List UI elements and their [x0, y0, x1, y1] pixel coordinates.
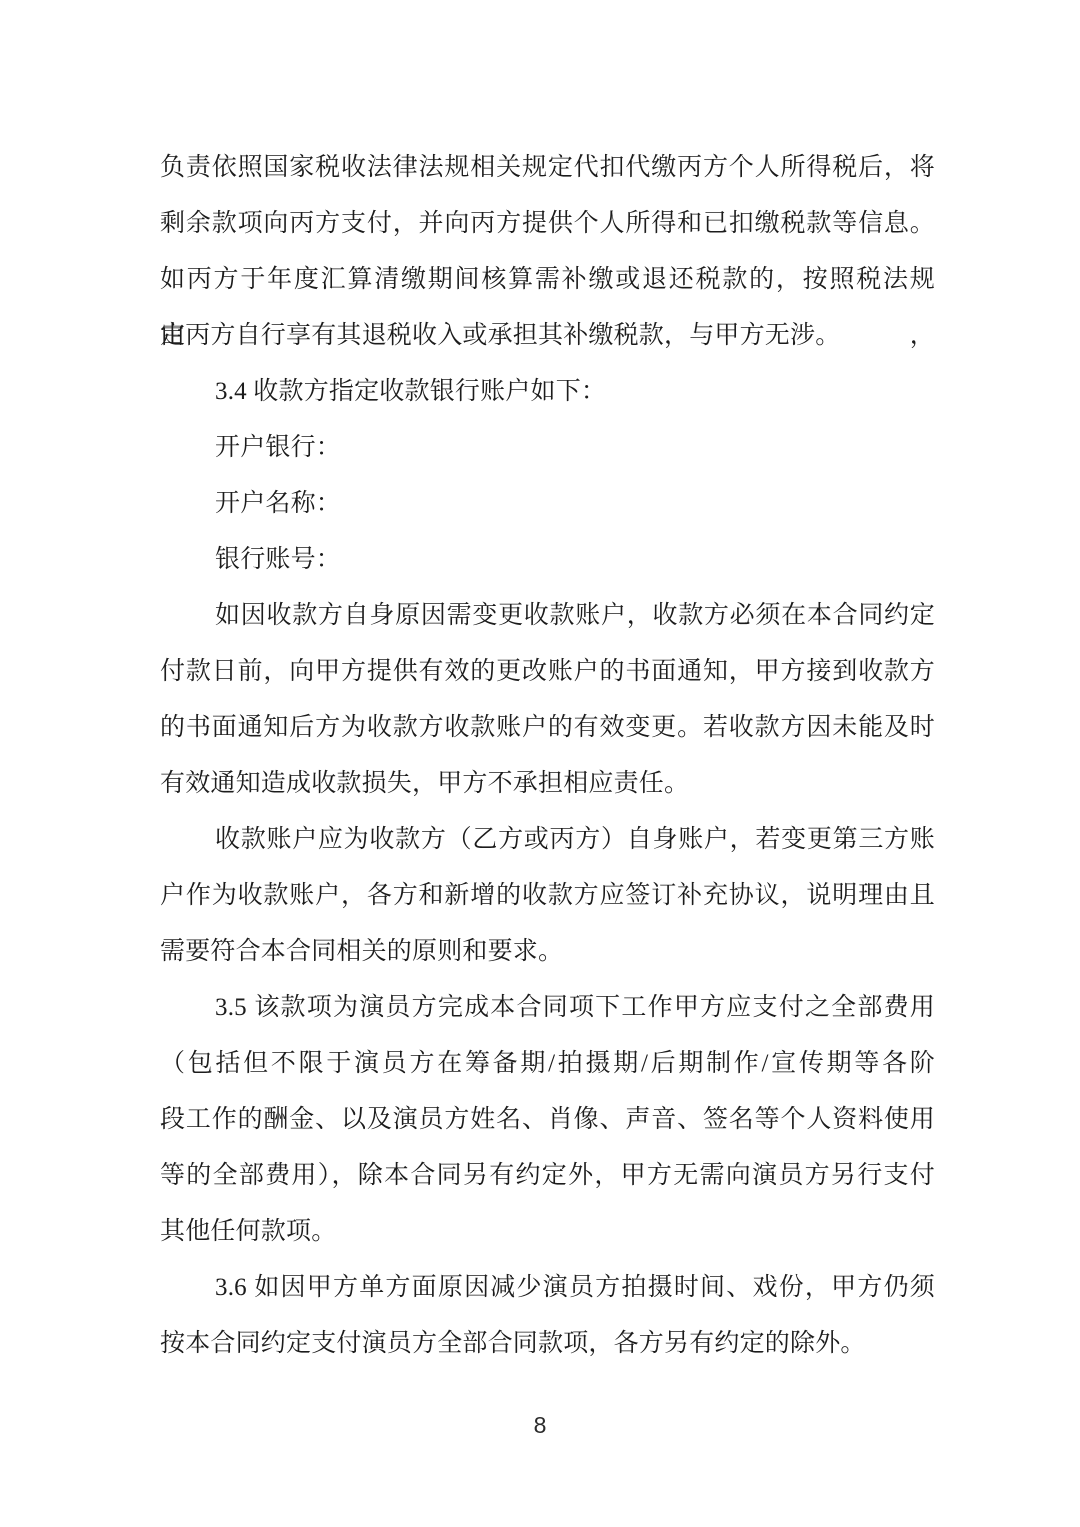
document-line: 按本合同约定支付演员方全部合同款项，各方另有约定的除外。 [160, 1316, 935, 1372]
document-line: 开户名称： [160, 476, 935, 532]
document-line: 剩余款项向丙方支付，并向丙方提供个人所得和已扣缴税款等信息。 [160, 196, 935, 252]
document-line: 需要符合本合同相关的原则和要求。 [160, 924, 935, 980]
document-line: 如丙方于年度汇算清缴期间核算需补缴或退还税款的，按照税法规定， [160, 252, 935, 308]
document-line: 有效通知造成收款损失，甲方不承担相应责任。 [160, 756, 935, 812]
document-line: 其他任何款项。 [160, 1204, 935, 1260]
document-line: 如因收款方自身原因需变更收款账户，收款方必须在本合同约定 [160, 588, 935, 644]
document-line: 开户银行： [160, 420, 935, 476]
document-line: 3.4 收款方指定收款银行账户如下： [160, 364, 935, 420]
document-line: 3.5 该款项为演员方完成本合同项下工作甲方应支付之全部费用 [160, 980, 935, 1036]
document-body: 负责依照国家税收法律法规相关规定代扣代缴丙方个人所得税后，将剩余款项向丙方支付，… [160, 140, 935, 1372]
document-line: 段工作的酬金、以及演员方姓名、肖像、声音、签名等个人资料使用 [160, 1092, 935, 1148]
document-line: 等的全部费用），除本合同另有约定外，甲方无需向演员方另行支付 [160, 1148, 935, 1204]
document-line: 3.6 如因甲方单方面原因减少演员方拍摄时间、戏份，甲方仍须 [160, 1260, 935, 1316]
document-line: 户作为收款账户，各方和新增的收款方应签订补充协议，说明理由且 [160, 868, 935, 924]
document-line: 银行账号： [160, 532, 935, 588]
document-page: 负责依照国家税收法律法规相关规定代扣代缴丙方个人所得税后，将剩余款项向丙方支付，… [0, 0, 1080, 1527]
document-line: 付款日前，向甲方提供有效的更改账户的书面通知，甲方接到收款方 [160, 644, 935, 700]
document-line: 负责依照国家税收法律法规相关规定代扣代缴丙方个人所得税后，将 [160, 140, 935, 196]
contract-document-page: { "page": { "background": "#ffffff", "te… [0, 0, 1080, 1527]
document-line: （包括但不限于演员方在筹备期/拍摄期/后期制作/宣传期等各阶 [160, 1036, 935, 1092]
page-number: 8 [0, 1408, 1080, 1442]
document-line: 由丙方自行享有其退税收入或承担其补缴税款，与甲方无涉。 [160, 308, 935, 364]
document-line: 的书面通知后方为收款方收款账户的有效变更。若收款方因未能及时 [160, 700, 935, 756]
document-line: 收款账户应为收款方（乙方或丙方）自身账户，若变更第三方账 [160, 812, 935, 868]
